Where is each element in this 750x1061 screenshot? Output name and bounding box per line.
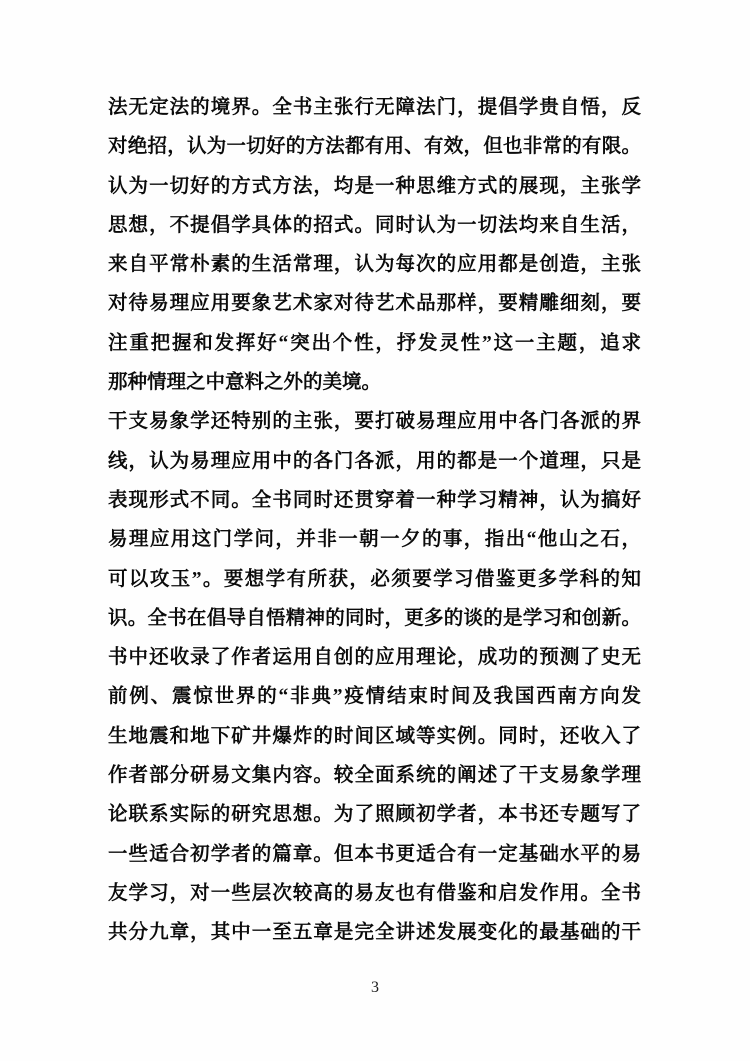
- text-block: 法无定法的境界。全书主张行无障法门，提倡学贵自悟，反 对绝招，认为一切好的方法都…: [108, 88, 641, 953]
- text-line: 一些适合初学者的篇章。但本书更适合有一定基础水平的易: [108, 835, 641, 874]
- text-line: 书中还收录了作者运用自创的应用理论，成功的预测了史无: [108, 638, 641, 677]
- page-footer: 3: [0, 979, 750, 997]
- text-line: 对绝招，认为一切好的方法都有用、有效，但也非常的有限。: [108, 127, 641, 166]
- document-page: 法无定法的境界。全书主张行无障法门，提倡学贵自悟，反 对绝招，认为一切好的方法都…: [0, 0, 750, 1061]
- paragraph: 法无定法的境界。全书主张行无障法门，提倡学贵自悟，反 对绝招，认为一切好的方法都…: [108, 88, 641, 402]
- text-line: 论联系实际的研究思想。为了照顾初学者，本书还专题写了: [108, 795, 641, 834]
- text-line: 法无定法的境界。全书主张行无障法门，提倡学贵自悟，反: [108, 88, 641, 127]
- text-line: 前例、震惊世界的“非典”疫情结束时间及我国西南方向发: [108, 677, 641, 716]
- text-line: 干支易象学还特别的主张，要打破易理应用中各门各派的界: [108, 402, 641, 441]
- text-line: 来自平常朴素的生活常理，认为每次的应用都是创造，主张: [108, 245, 641, 284]
- text-line: 对待易理应用要象艺术家对待艺术品那样，要精雕细刻，要: [108, 284, 641, 323]
- text-line: 线，认为易理应用中的各门各派，用的都是一个道理，只是: [108, 442, 641, 481]
- page-number: 3: [371, 979, 379, 996]
- text-line: 思想，不提倡学具体的招式。同时认为一切法均来自生活，: [108, 206, 641, 245]
- text-line: 识。全书在倡导自悟精神的同时，更多的谈的是学习和创新。: [108, 599, 641, 638]
- text-line: 作者部分研易文集内容。较全面系统的阐述了干支易象学理: [108, 756, 641, 795]
- text-line: 生地震和地下矿井爆炸的时间区域等实例。同时，还收入了: [108, 717, 641, 756]
- text-line: 表现形式不同。全书同时还贯穿着一种学习精神，认为搞好: [108, 481, 641, 520]
- text-line: 注重把握和发挥好“突出个性，抒发灵性”这一主题，追求: [108, 324, 641, 363]
- paragraph: 干支易象学还特别的主张，要打破易理应用中各门各派的界 线，认为易理应用中的各门各…: [108, 402, 641, 952]
- text-line: 共分九章，其中一至五章是完全讲述发展变化的最基础的干: [108, 913, 641, 952]
- text-line: 认为一切好的方式方法，均是一种思维方式的展现，主张学: [108, 167, 641, 206]
- text-line: 可以攻玉”。要想学有所获，必须要学习借鉴更多学科的知: [108, 560, 641, 599]
- text-line: 友学习，对一些层次较高的易友也有借鉴和启发作用。全书: [108, 874, 641, 913]
- text-line: 易理应用这门学问，并非一朝一夕的事，指出“他山之石，: [108, 520, 641, 559]
- text-line: 那种情理之中意料之外的美境。: [108, 363, 641, 402]
